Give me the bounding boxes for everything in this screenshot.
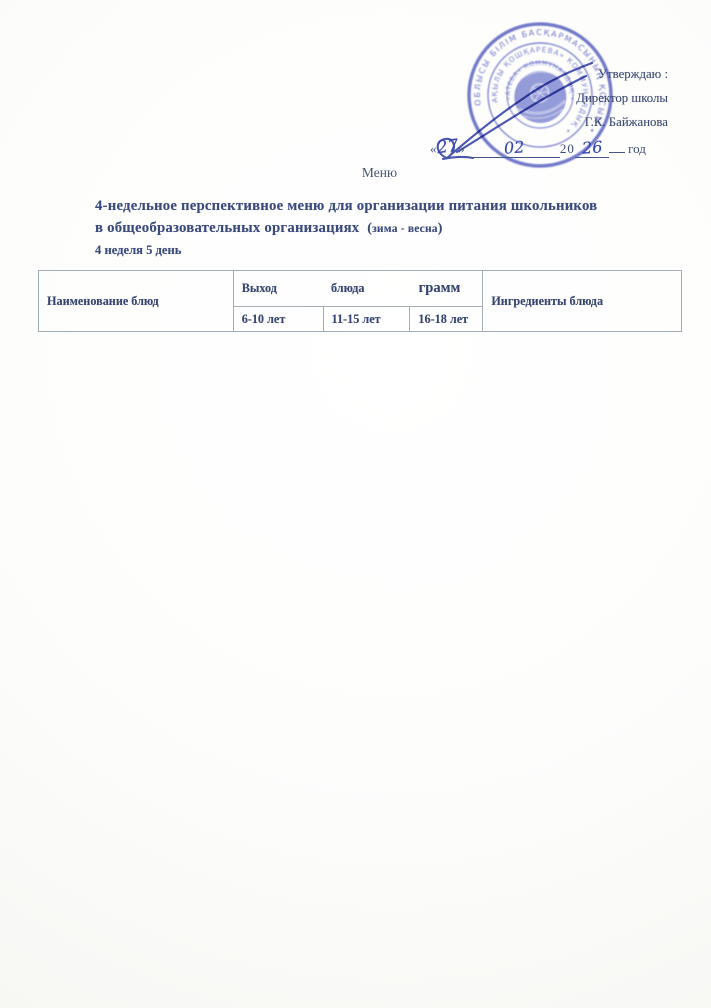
header-output-word-3: грамм xyxy=(419,280,461,297)
header-age-6-10: 6-10 лет xyxy=(233,307,323,332)
header-age-16-18: 16-18 лет xyxy=(410,307,483,332)
menu-table: Наименование блюд Выход блюда грамм Ингр… xyxy=(38,270,682,332)
header-output-word-2: блюда xyxy=(331,281,365,296)
handwritten-month: 02 xyxy=(503,137,525,157)
menu-table-head: Наименование блюд Выход блюда грамм Ингр… xyxy=(39,271,682,332)
trailing-blank-line xyxy=(609,152,625,153)
document-title-block: 4-недельное перспективное меню для орган… xyxy=(95,195,680,258)
approval-block: Утверждаю : Директор школы Г.К. Байжанов… xyxy=(576,62,668,134)
director-role: Директор школы xyxy=(576,86,668,110)
month-blank-line: 02 xyxy=(468,138,560,158)
approve-label: Утверждаю : xyxy=(576,62,668,86)
year-blank-line: 26 xyxy=(575,138,609,158)
header-age-11-15: 11-15 лет xyxy=(323,307,410,332)
handwritten-day: 27 xyxy=(435,136,459,158)
header-output-word-1: Выход xyxy=(242,281,277,296)
table-header-row: Наименование блюд Выход блюда грамм Ингр… xyxy=(39,271,682,307)
year-word: год xyxy=(628,141,646,156)
approval-date-line: «27» 022026 год xyxy=(430,138,675,158)
header-output-grams: Выход блюда грамм xyxy=(233,271,483,307)
director-name: Г.К. Байжанова xyxy=(576,110,668,134)
title-line-2-text: в общеобразовательных организациях xyxy=(95,220,359,236)
title-line-2: в общеобразовательных организациях (зима… xyxy=(95,217,680,240)
scanned-menu-document: ОБЛЫСЫ БІЛІМ БАСҚАРМАСЫНЫҢ ҚОСЫМ • АҚЫЛЫ… xyxy=(0,0,711,1008)
header-ingredients: Ингредиенты блюда xyxy=(483,271,682,332)
title-line-1: 4-недельное перспективное меню для орган… xyxy=(95,195,680,217)
handwritten-year: 26 xyxy=(581,137,603,157)
header-dish-name: Наименование блюд xyxy=(39,271,234,332)
year-printed-prefix: 20 xyxy=(560,141,575,156)
week-day-subtitle: 4 неделя 5 день xyxy=(95,243,680,258)
menu-heading: Меню xyxy=(24,165,711,181)
note-close-paren: ) xyxy=(438,221,443,236)
season-note: зима - весна xyxy=(372,223,438,235)
